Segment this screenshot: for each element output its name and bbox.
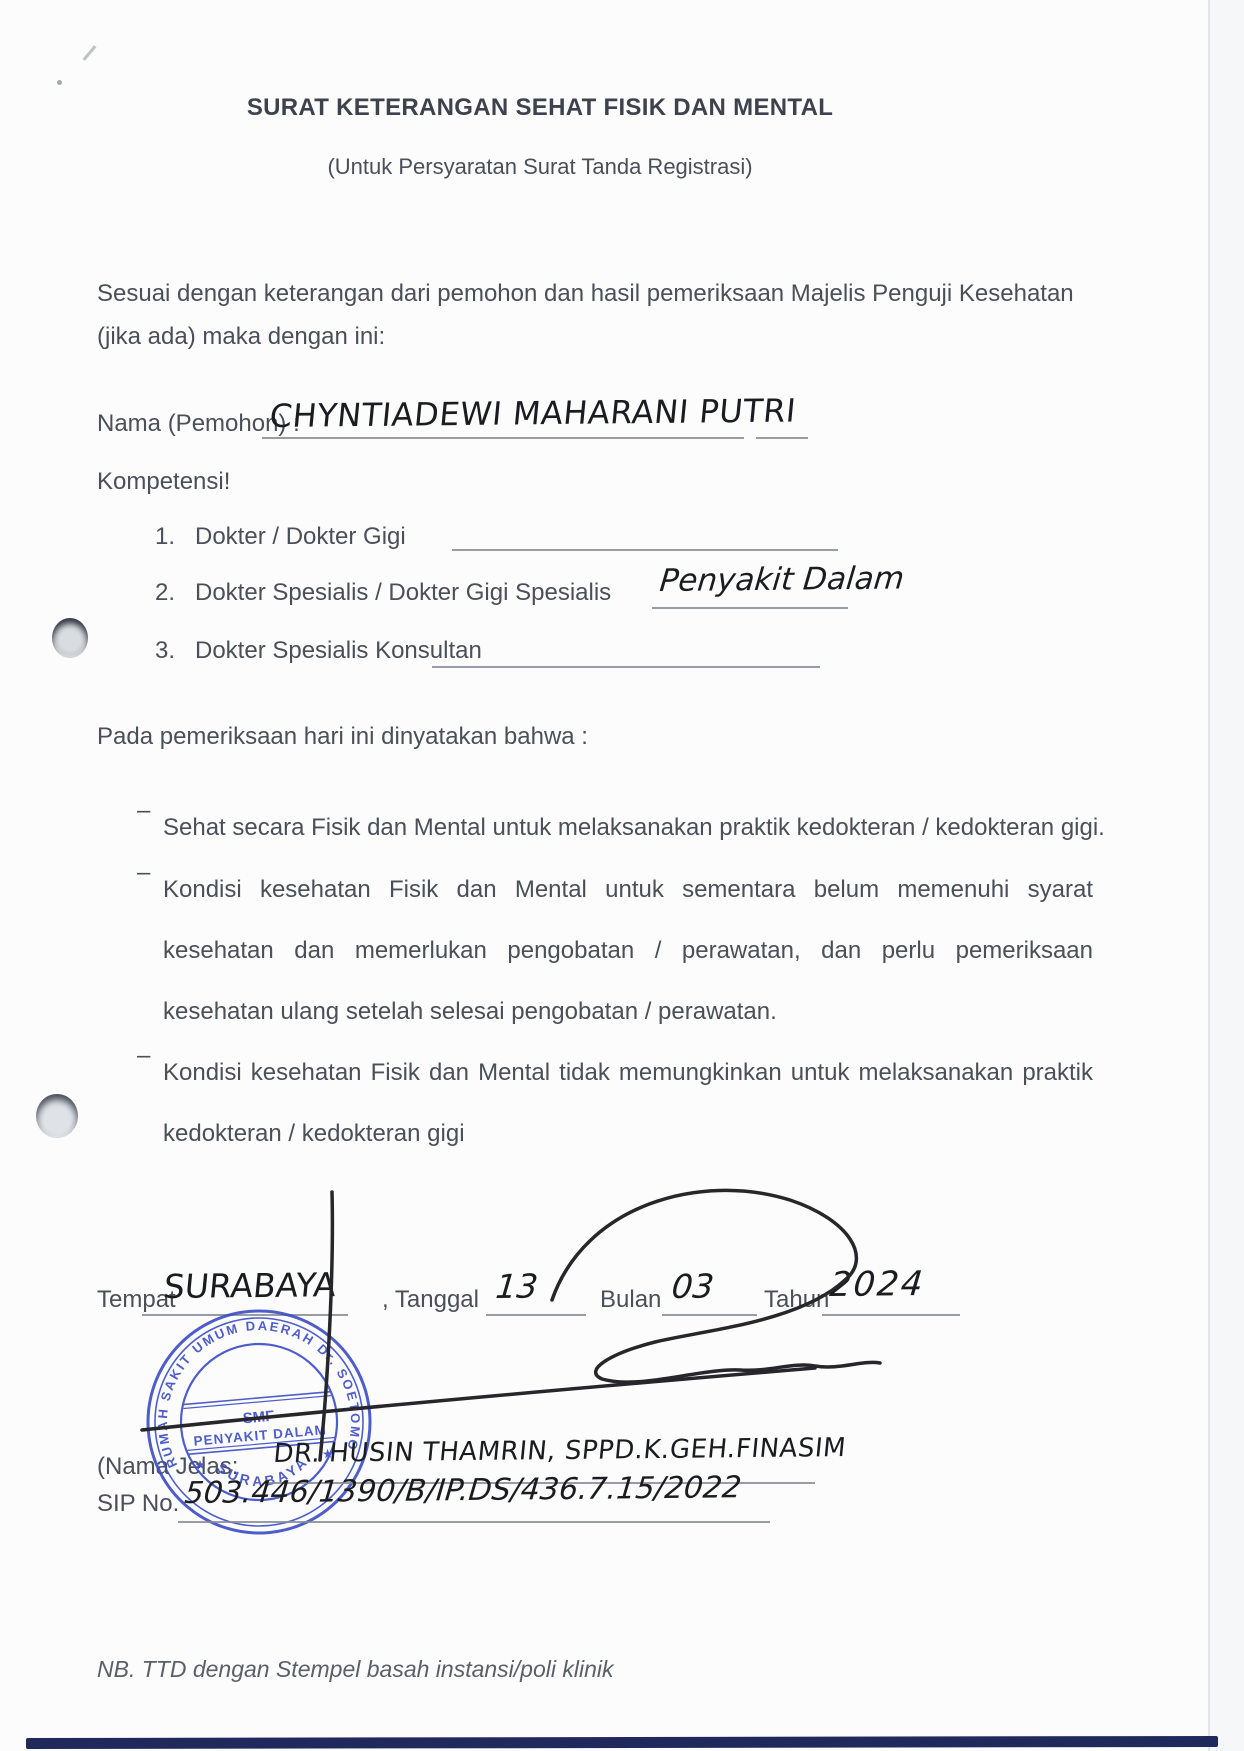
statement-item: – Kondisi kesehatan Fisik dan Mental unt…: [137, 859, 1137, 1042]
hole-punch: [52, 618, 88, 658]
bulan-value: 03: [670, 1268, 716, 1306]
kompetensi-item-3-line: [432, 666, 820, 668]
tanggal-label: , Tanggal: [382, 1286, 479, 1314]
statement-heading: Pada pemeriksaan hari ini dinyatakan bah…: [97, 723, 588, 751]
tanggal-value: 13: [494, 1268, 540, 1306]
kompetensi-item-1-line: [452, 549, 838, 551]
sip-underline: [178, 1521, 770, 1523]
statement-bullet-dash: –: [137, 797, 163, 825]
stamp-center-line1: SMF: [242, 1408, 275, 1428]
statement-item: – Sehat secara Fisik dan Mental untuk me…: [137, 797, 1167, 858]
statement-text: Kondisi kesehatan Fisik dan Mental tidak…: [163, 1042, 1093, 1164]
kompetensi-item-2-line: [652, 607, 848, 609]
tahun-underline: [822, 1314, 960, 1316]
intro-paragraph: Sesuai dengan keterangan dari pemohon da…: [97, 272, 1117, 358]
bulan-label: Bulan: [600, 1286, 661, 1314]
kompetensi-item-3-label: Dokter Spesialis Konsultan: [195, 637, 482, 665]
paper-speck: [57, 80, 62, 85]
statement-item: – Kondisi kesehatan Fisik dan Mental tid…: [137, 1042, 1137, 1164]
paper-speck: [83, 45, 97, 61]
document-title: SURAT KETERANGAN SEHAT FISIK DAN MENTAL: [0, 94, 1080, 122]
kompetensi-item-2-label: Dokter Spesialis / Dokter Gigi Spesialis: [195, 579, 611, 607]
scanner-bottom-bar: [26, 1736, 1218, 1749]
scan-edge-line: [1208, 0, 1210, 1751]
statement-text: Kondisi kesehatan Fisik dan Mental untuk…: [163, 859, 1093, 1042]
tahun-value: 2024: [828, 1265, 926, 1305]
kompetensi-item-1-number: 1.: [155, 523, 175, 551]
name-field-underline-extra: [756, 437, 808, 439]
document-subtitle: (Untuk Persyaratan Surat Tanda Registras…: [0, 154, 1080, 179]
footnote: NB. TTD dengan Stempel basah instansi/po…: [97, 1656, 613, 1682]
statement-text: Sehat secara Fisik dan Mental untuk mela…: [163, 797, 1163, 858]
bulan-underline: [662, 1314, 757, 1316]
scan-right-margin: [1210, 0, 1244, 1751]
kompetensi-item-1-label: Dokter / Dokter Gigi: [195, 523, 406, 551]
statement-bullet-dash: –: [137, 1042, 163, 1070]
tempat-value: SURABAYA: [162, 1266, 338, 1306]
nama-jelas-value: DR. HUSIN THAMRIN, SPPD.K.GEH.FINASIM: [272, 1434, 847, 1470]
kompetensi-item-3-number: 3.: [155, 637, 175, 665]
kompetensi-item-2-number: 2.: [155, 579, 175, 607]
name-field-underline: [262, 437, 744, 439]
kompetensi-item-2-value: Penyakit Dalam: [658, 561, 906, 599]
hole-punch: [36, 1094, 78, 1138]
kompetensi-label: Kompetensi!: [97, 468, 230, 496]
statement-bullet-dash: –: [137, 859, 163, 887]
stamp-star-left-icon: ★: [194, 1457, 207, 1473]
name-field-value: CHYNTIADEWI MAHARANI PUTRI: [268, 392, 798, 434]
scanned-document-page: SURAT KETERANGAN SEHAT FISIK DAN MENTAL …: [0, 0, 1244, 1751]
tanggal-underline: [486, 1314, 586, 1316]
sip-value: 503.446/1390/B/IP.DS/436.7.15/2022: [183, 1471, 743, 1511]
tahun-label: Tahun: [764, 1286, 829, 1314]
